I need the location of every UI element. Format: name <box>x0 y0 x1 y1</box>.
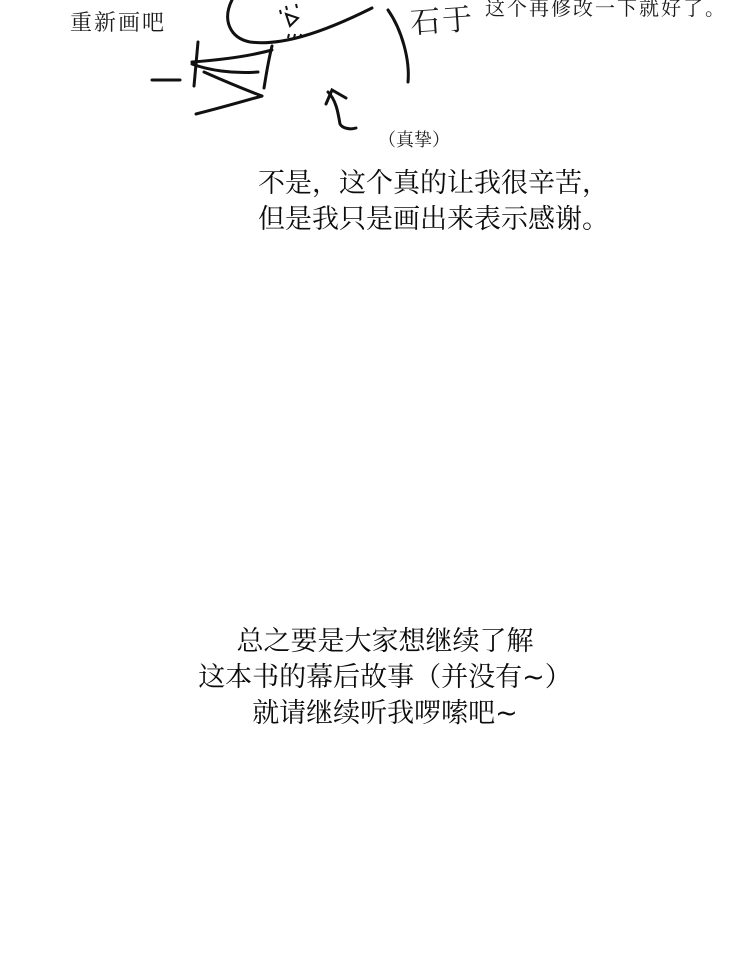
dialogue-line: 总之要是大家想继续了解 <box>140 624 630 660</box>
dialogue-line: 但是我只是画出来表示感谢。 <box>258 202 678 238</box>
comic-sketch-panel: 重新画吧 石于 这个再修改一下就好了。 （真挚） <box>0 0 740 160</box>
dialogue-line: 这本书的幕后故事（并没有~） <box>140 660 630 696</box>
handwritten-note-left: 重新画吧 <box>70 6 166 37</box>
handwritten-note-right: 这个再修改一下就好了。 <box>485 0 727 21</box>
dialogue-block-2: 总之要是大家想继续了解 这本书的幕后故事（并没有~） 就请继续听我啰嗦吧~ <box>140 624 630 732</box>
dialogue-line: 不是，这个真的让我很辛苦， <box>258 166 678 202</box>
handwritten-partial-text: 石于 <box>409 0 476 42</box>
dialogue-line: 就请继续听我啰嗦吧~ <box>140 696 630 732</box>
caption-sincere: （真挚） <box>378 126 450 152</box>
dialogue-block-1: 不是，这个真的让我很辛苦， 但是我只是画出来表示感谢。 <box>258 166 678 238</box>
